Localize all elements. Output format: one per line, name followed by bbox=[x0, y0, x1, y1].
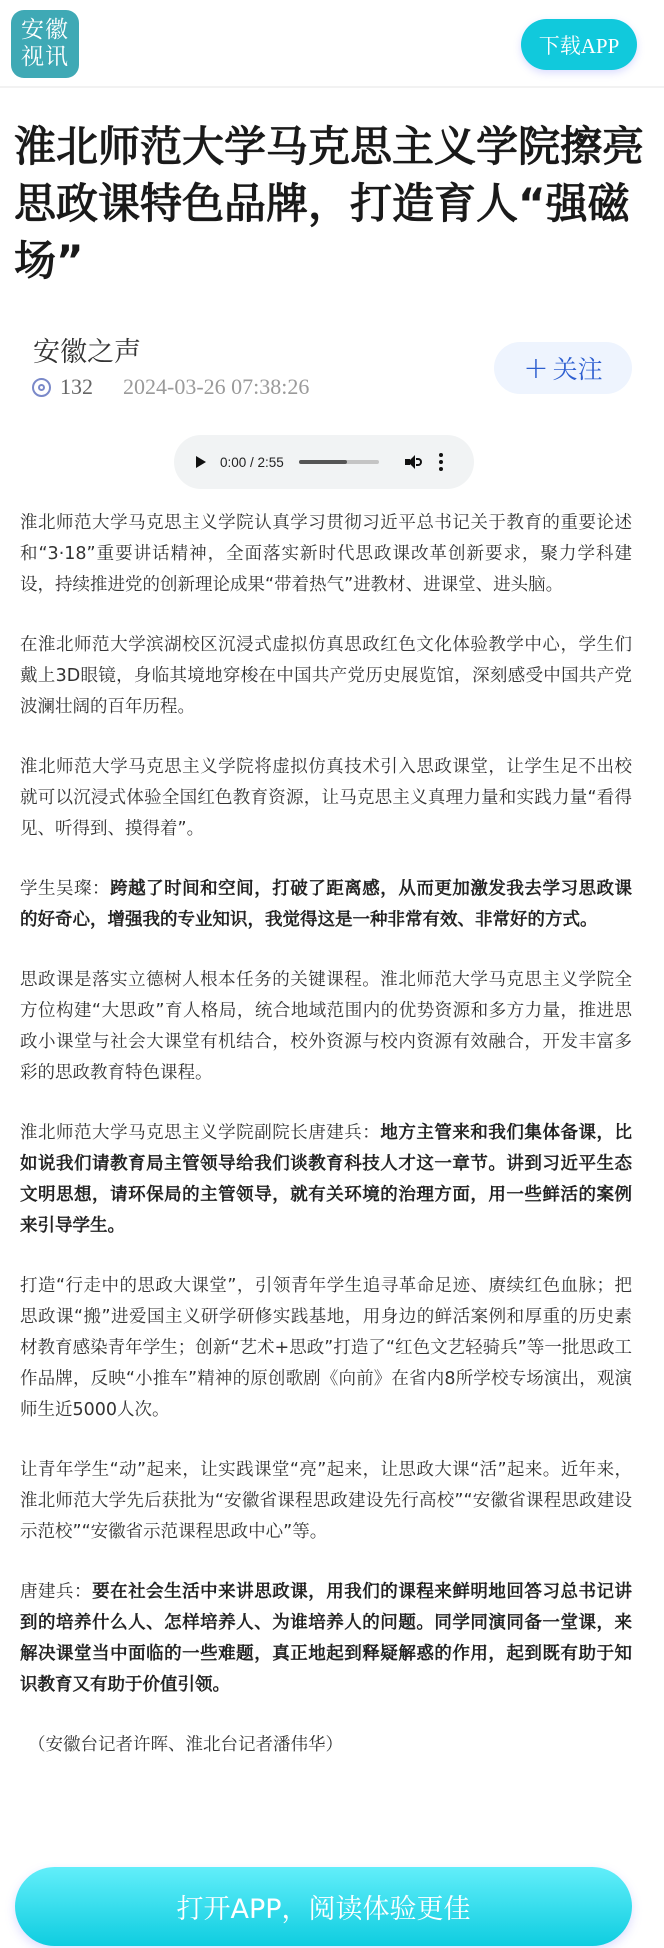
quote-paragraph: 学生吴璨：跨越了时间和空间，打破了距离感，从而更加激发我去学习思政课的好奇心，增… bbox=[20, 874, 632, 936]
paragraph: 打造“行走中的思政大课堂”，引领青年学生追寻革命足迹、赓续红色血脉；把思政课“搬… bbox=[20, 1271, 632, 1426]
download-app-button[interactable]: 下载APP bbox=[521, 19, 637, 70]
view-count: 132 bbox=[60, 374, 93, 400]
quote-text: 要在社会生活中来讲思政课，用我们的课程来鲜明地回答习总书记讲到的培养什么人、怎样… bbox=[20, 1582, 632, 1695]
audio-time: 0:00 / 2:55 bbox=[220, 455, 284, 470]
speaker-label: 淮北师范大学马克思主义学院副院长唐建兵： bbox=[20, 1123, 380, 1143]
speaker-label: 唐建兵： bbox=[20, 1582, 92, 1602]
publish-date: 2024-03-26 07:38:26 bbox=[123, 374, 309, 400]
paragraph: 淮北师范大学马克思主义学院认真学习贯彻习近平总书记关于教育的重要论述和“3·18… bbox=[20, 508, 632, 601]
paragraph: 在淮北师范大学滨湖校区沉浸式虚拟仿真思政红色文化体验教学中心，学生们戴上3D眼镜… bbox=[20, 630, 632, 723]
app-logo[interactable]: 安徽 视讯 bbox=[11, 10, 79, 78]
article-title: 淮北师范大学马克思主义学院擦亮思政课特色品牌，打造育人“强磁场” bbox=[14, 118, 654, 289]
audio-player: 0:00 / 2:55 bbox=[174, 435, 474, 489]
paragraph: 淮北师范大学马克思主义学院将虚拟仿真技术引入思政课堂，让学生足不出校就可以沉浸式… bbox=[20, 752, 632, 845]
eye-icon bbox=[32, 378, 51, 397]
top-bar: 安徽 视讯 下载APP bbox=[0, 0, 664, 88]
article-meta: 132 2024-03-26 07:38:26 bbox=[32, 374, 309, 400]
quote-text: 跨越了时间和空间，打破了距离感，从而更加激发我去学习思政课的好奇心，增强我的专业… bbox=[20, 879, 632, 930]
quote-paragraph: 淮北师范大学马克思主义学院副院长唐建兵：地方主管来和我们集体备课，比如说我们请教… bbox=[20, 1118, 632, 1242]
follow-label: 关注 bbox=[553, 350, 603, 386]
volume-icon[interactable] bbox=[405, 455, 421, 469]
more-options-icon[interactable] bbox=[439, 453, 443, 471]
audio-progress-fill bbox=[299, 460, 347, 464]
author-name[interactable]: 安徽之声 bbox=[33, 330, 141, 369]
follow-button[interactable]: + 关注 bbox=[494, 342, 632, 394]
speaker-label: 学生吴璨： bbox=[20, 879, 110, 899]
paragraph: 思政课是落实立德树人根本任务的关键课程。淮北师范大学马克思主义学院全方位构建“大… bbox=[20, 965, 632, 1089]
logo-text-line1: 安徽 bbox=[21, 17, 69, 44]
paragraph: 让青年学生“动”起来，让实践课堂“亮”起来，让思政大课“活”起来。近年来，淮北师… bbox=[20, 1455, 632, 1548]
quote-paragraph: 唐建兵：要在社会生活中来讲思政课，用我们的课程来鲜明地回答习总书记讲到的培养什么… bbox=[20, 1577, 632, 1701]
plus-icon: + bbox=[523, 351, 548, 386]
open-app-button[interactable]: 打开APP，阅读体验更佳 bbox=[15, 1867, 632, 1946]
play-icon[interactable] bbox=[196, 456, 206, 468]
article-body: 淮北师范大学马克思主义学院认真学习贯彻习近平总书记关于教育的重要论述和“3·18… bbox=[20, 508, 632, 1761]
logo-text-line2: 视讯 bbox=[21, 44, 69, 71]
audio-progress-slider[interactable] bbox=[299, 460, 379, 464]
reporter-credit: （安徽台记者许晖、淮北台记者潘伟华） bbox=[28, 1730, 632, 1761]
